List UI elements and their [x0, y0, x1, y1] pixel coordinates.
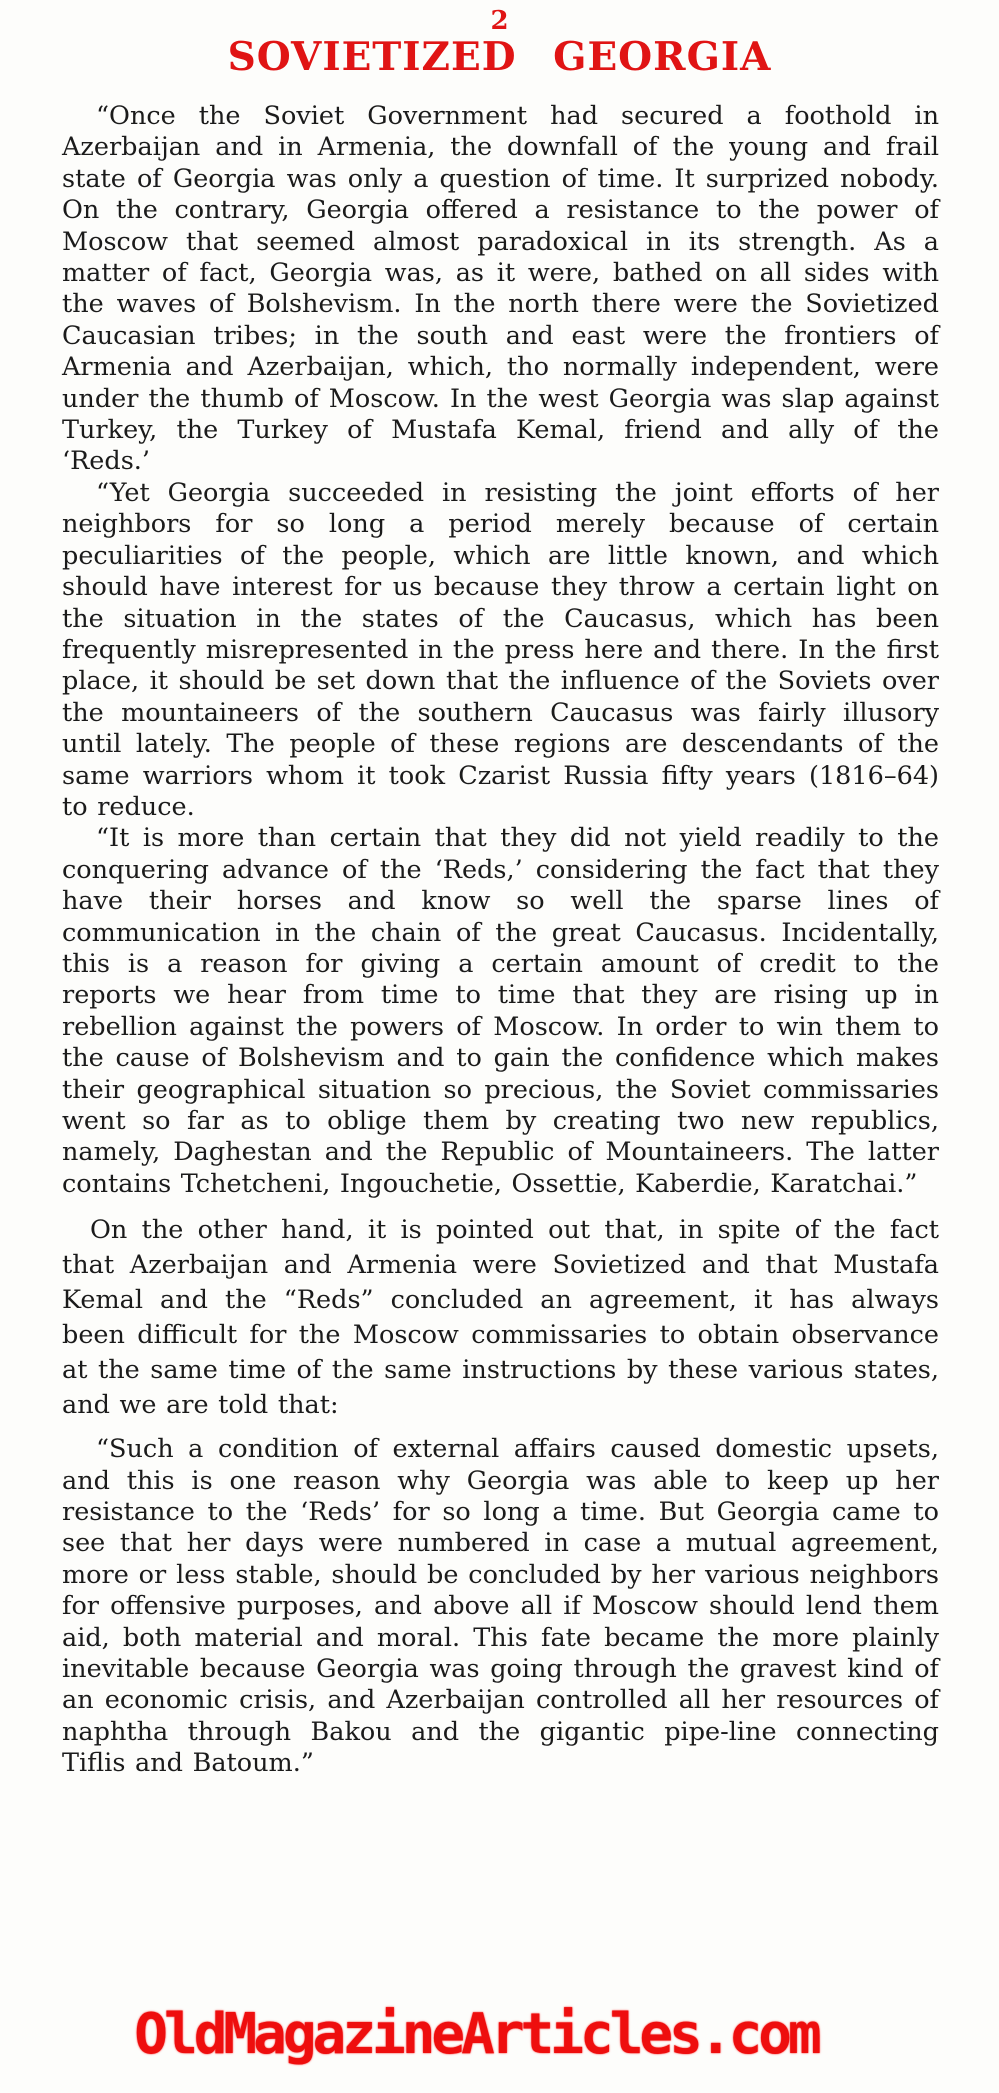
- article-title: SOVIETIZED GEORGIA: [0, 34, 999, 80]
- page-number: 2: [0, 6, 999, 36]
- paragraph-yet-georgia: “Yet Georgia succeeded in resisting the …: [62, 478, 939, 823]
- paragraph-such-a-condition: “Such a condition of external affairs ca…: [62, 1434, 939, 1779]
- watermark-text: OldMagazineArticles.com: [0, 2002, 952, 2067]
- article-body: “Once the Soviet Government had secured …: [62, 101, 939, 1780]
- paragraph-once-the-soviet: “Once the Soviet Government had secured …: [62, 101, 939, 478]
- paragraph-on-the-other-hand: On the other hand, it is pointed out tha…: [62, 1213, 939, 1423]
- magazine-page: 2 SOVIETIZED GEORGIA “Once the Soviet Go…: [0, 0, 999, 2093]
- paragraph-it-is-more-than-certain: “It is more than certain that they did n…: [62, 823, 939, 1200]
